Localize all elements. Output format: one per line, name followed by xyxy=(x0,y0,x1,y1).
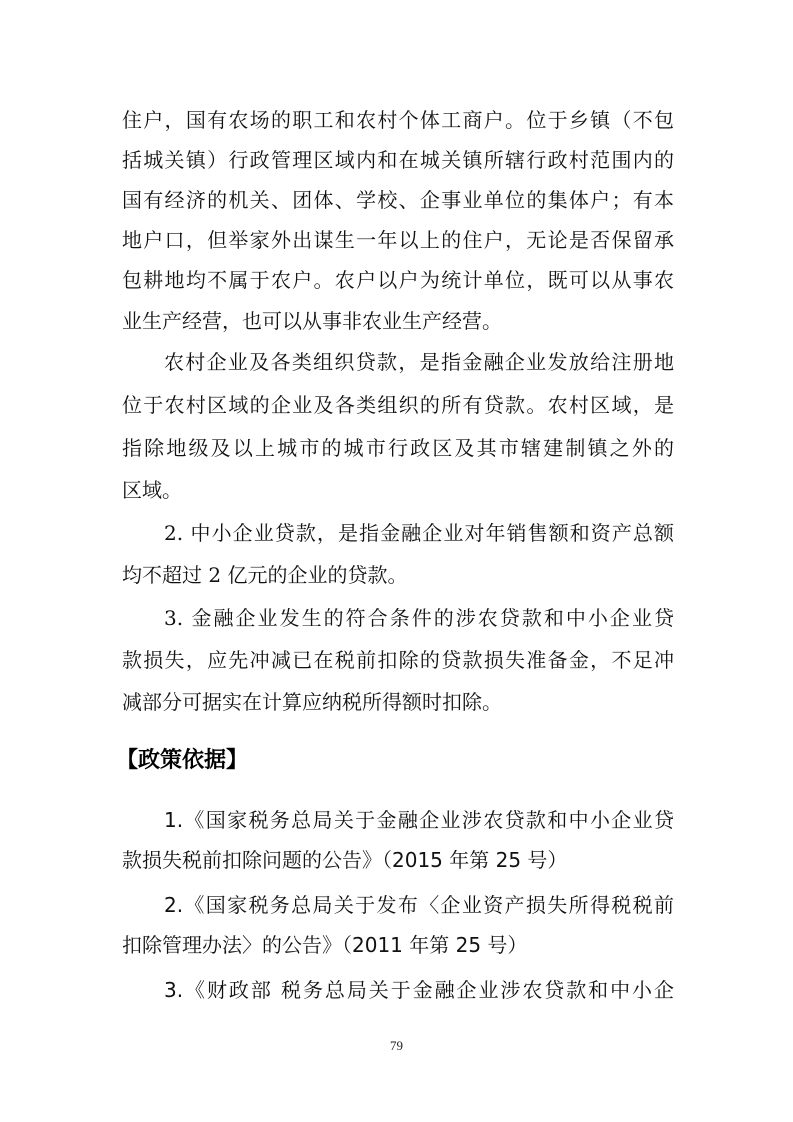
text-line: 款损失税前扣除问题的公告》（2015 年第 25 号） xyxy=(122,846,674,874)
text-line: 2.《国家税务总局关于发布〈企业资产损失所得税税前 xyxy=(164,891,674,919)
text-line: 括城关镇）行政管理区域内和在城关镇所辖行政村范围内的 xyxy=(122,146,674,174)
document-page: 住户，国有农场的职工和农村个体工商户。位于乡镇（不包 括城关镇）行政管理区域内和… xyxy=(0,0,793,1122)
text-line: 区域。 xyxy=(122,476,674,504)
text-line: 住户，国有农场的职工和农村个体工商户。位于乡镇（不包 xyxy=(122,106,674,134)
text-line: 2. 中小企业贷款，是指金融企业对年销售额和资产总额 xyxy=(164,519,674,547)
text-line: 包耕地均不属于农户。农户以户为统计单位，既可以从事农 xyxy=(122,266,674,294)
text-line: 3. 金融企业发生的符合条件的涉农贷款和中小企业贷 xyxy=(164,604,674,632)
text-line: 业生产经营，也可以从事非农业生产经营。 xyxy=(122,307,674,335)
text-line: 地户口，但举家外出谋生一年以上的住户，无论是否保留承 xyxy=(122,226,674,254)
text-line: 均不超过 2 亿元的企业的贷款。 xyxy=(122,561,674,589)
text-line: 减部分可据实在计算应纳税所得额时扣除。 xyxy=(122,688,674,716)
text-line: 指除地级及以上城市的城市行政区及其市辖建制镇之外的 xyxy=(122,434,674,462)
text-line: 款损失，应先冲减已在税前扣除的贷款损失准备金，不足冲 xyxy=(122,646,674,674)
text-line: 位于农村区域的企业及各类组织的所有贷款。农村区域，是 xyxy=(122,391,674,419)
text-line: 国有经济的机关、团体、学校、企事业单位的集体户；有本 xyxy=(122,186,674,214)
text-line: 农村企业及各类组织贷款，是指金融企业发放给注册地 xyxy=(164,348,674,376)
page-number: 79 xyxy=(0,1038,793,1054)
text-line: 1.《国家税务总局关于金融企业涉农贷款和中小企业贷 xyxy=(164,806,674,834)
text-line: 扣除管理办法〉的公告》（2011 年第 25 号） xyxy=(122,931,674,959)
text-line: 3.《财政部 税务总局关于金融企业涉农贷款和中小企 xyxy=(164,976,674,1004)
section-heading-policy-basis: 【政策依据】 xyxy=(116,746,248,776)
